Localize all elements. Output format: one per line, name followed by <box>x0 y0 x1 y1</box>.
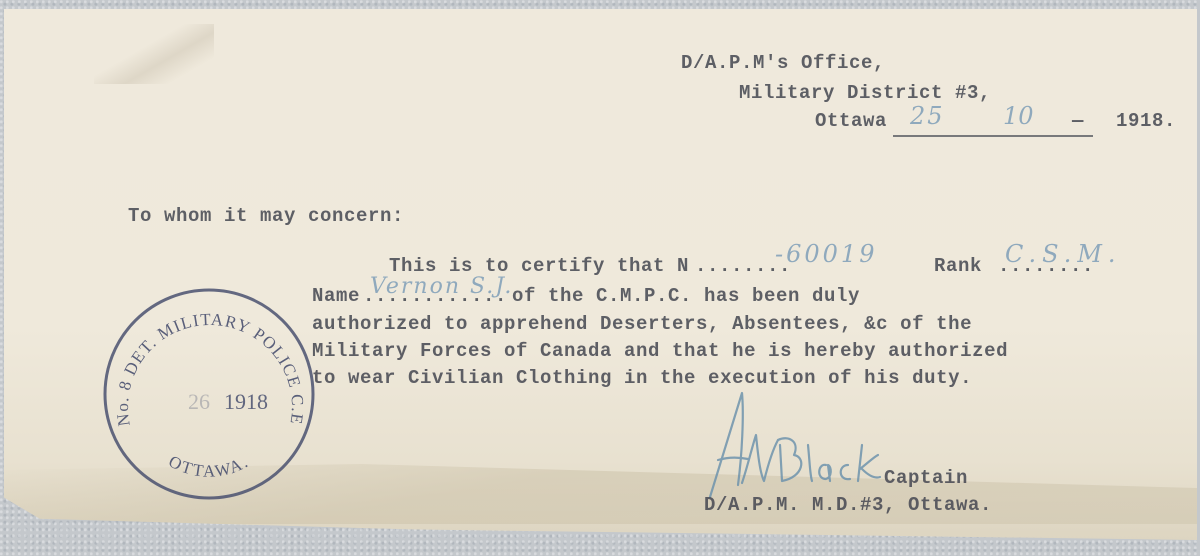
stamp-bottom-text: OTTAWA. <box>166 452 253 481</box>
svg-text:OTTAWA.: OTTAWA. <box>166 452 253 481</box>
date-separator: — <box>1072 110 1084 132</box>
name-line-suffix: of the C.M.P.C. has been duly <box>512 285 860 307</box>
district-line: Military District #3, <box>739 82 991 104</box>
name-handwritten: Vernon S.J. <box>370 274 513 299</box>
signature-text: AWBlack <box>698 385 703 386</box>
body-line-3: authorized to apprehend Deserters, Absen… <box>312 313 972 335</box>
paper-fold <box>94 24 214 84</box>
place-line: Ottawa <box>815 110 887 132</box>
military-police-stamp: No. 8 DET. MILITARY POLICE C.E.F. OTTAWA… <box>100 285 318 503</box>
rank-label: Rank <box>934 255 982 277</box>
number-handwritten: -60019 <box>775 240 877 268</box>
rank-handwritten: C.S.M. <box>1005 240 1122 268</box>
year: 1918. <box>1116 110 1176 132</box>
signatory-office: D/A.P.M. M.D.#3, Ottawa. <box>704 494 992 516</box>
name-label: Name <box>312 285 360 307</box>
stamp-date-faded: 26 <box>188 389 210 414</box>
office-line: D/A.P.M's Office, <box>681 52 885 74</box>
signatory-title: Captain <box>884 467 968 489</box>
date-day-handwritten: 25 <box>910 102 945 130</box>
date-month-handwritten: 10 <box>1003 102 1034 130</box>
body-line-4: Military Forces of Canada and that he is… <box>312 340 1008 362</box>
salutation: To whom it may concern: <box>128 205 404 227</box>
date-underline <box>893 135 1093 137</box>
stamp-date: 1918 <box>224 389 268 414</box>
